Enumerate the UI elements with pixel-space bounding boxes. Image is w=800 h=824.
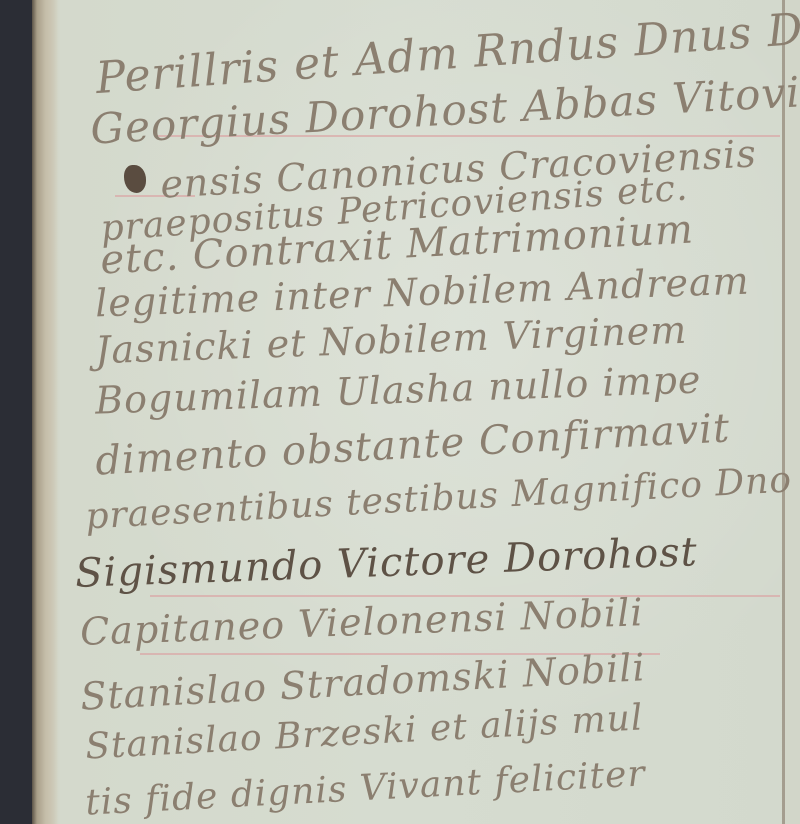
ink-blot bbox=[124, 165, 146, 193]
manuscript-line-12: Capitaneo Vielonensi Nobili bbox=[79, 590, 644, 654]
page-edge bbox=[32, 0, 58, 824]
manuscript-line-11: Sigismundo Victore Dorohost bbox=[74, 529, 698, 597]
manuscript-page: Perillris et Adm Rndus Dnus D. Georgius … bbox=[0, 0, 800, 824]
book-binding bbox=[0, 0, 32, 824]
manuscript-line-15: tis fide dignis Vivant feliciter bbox=[84, 753, 646, 823]
right-margin bbox=[785, 0, 800, 824]
